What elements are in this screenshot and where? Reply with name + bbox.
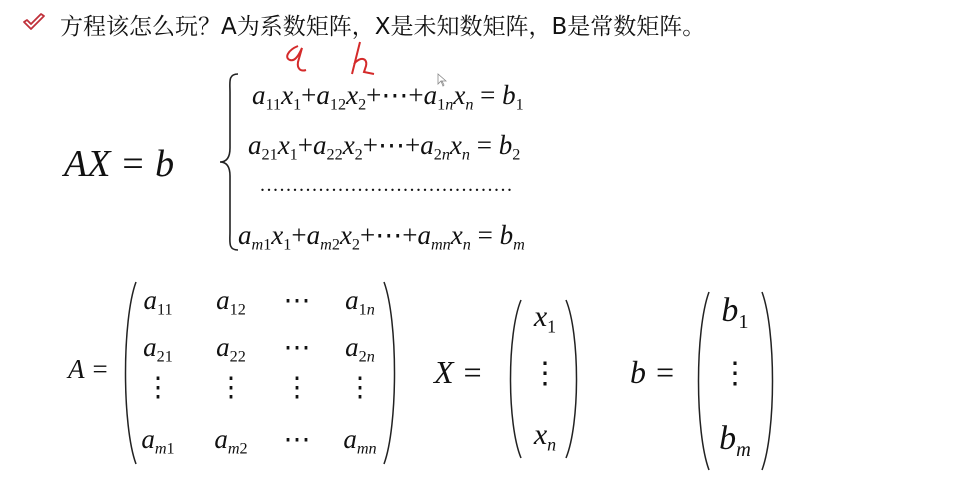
matrix-equation: AX = b [64, 142, 174, 186]
left-brace [218, 72, 240, 252]
matrix-x-label: X = [434, 354, 483, 391]
equation-row-1: a11x1+a12x2+⋯+a1nxn = b1 [252, 80, 524, 111]
slide-title: 方程该怎么玩？A为系数矩阵，X是未知数矩阵，B是常数矩阵。 [60, 8, 705, 41]
equation-ellipsis: ....................................... [260, 174, 514, 197]
matrix-b-label: b = [630, 354, 676, 391]
equation-row-2: a21x1+a22x2+⋯+a2nxn = b2 [248, 130, 520, 161]
check-icon [22, 12, 46, 32]
equation-row-m: am1x1+am2x2+⋯+amnxn = bm [238, 220, 525, 251]
handwritten-annotation [280, 40, 390, 80]
matrix-a-label: A = [68, 354, 109, 385]
